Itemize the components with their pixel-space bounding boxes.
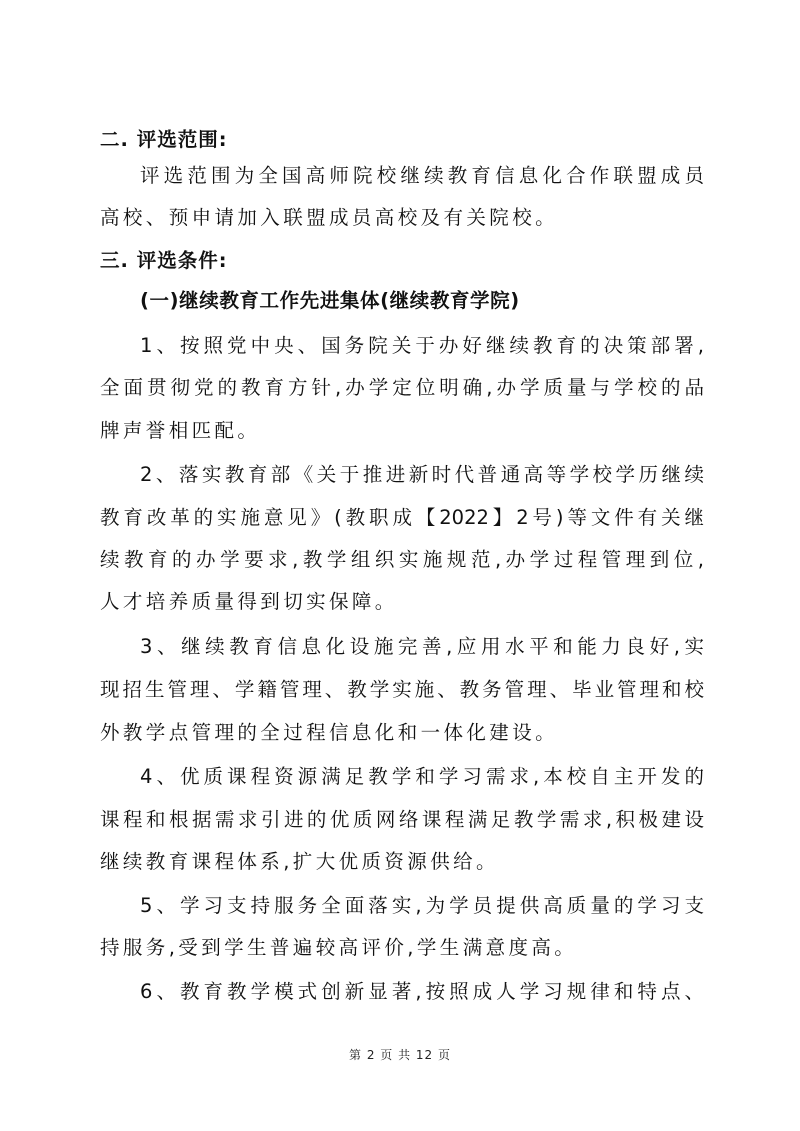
paragraph-line: 6、教育教学模式创新显著,按照成人学习规律和特点、	[140, 979, 704, 1005]
paragraph-line: 2、落实教育部《关于推进新时代普通高等学校学历继续	[140, 462, 704, 488]
paragraph-line: 高校、预申请加入联盟成员高校及有关院校。	[100, 205, 704, 231]
page-footer: 第 2 页 共 12 页	[0, 1046, 800, 1063]
paragraph-line: 现招生管理、学籍管理、教学实施、教务管理、毕业管理和校	[100, 677, 704, 703]
paragraph-line: 4、优质课程资源满足教学和学习需求,本校自主开发的	[140, 764, 704, 790]
paragraph-line: 评选范围为全国高师院校继续教育信息化合作联盟成员	[140, 163, 704, 189]
paragraph-line: 1、按照党中央、国务院关于办好继续教育的决策部署,	[140, 333, 704, 359]
paragraph-line: 继续教育课程体系,扩大优质资源供给。	[100, 849, 704, 875]
paragraph-line: 3、继续教育信息化设施完善,应用水平和能力良好,实	[140, 634, 704, 660]
paragraph-line: 外教学点管理的全过程信息化和一体化建设。	[100, 720, 704, 746]
paragraph-line: 人才培养质量得到切实保障。	[100, 589, 704, 615]
paragraph-line: 续教育的办学要求,教学组织实施规范,办学过程管理到位,	[100, 547, 704, 573]
section-heading: 二. 评选范围:	[100, 127, 704, 153]
section-heading: 三. 评选条件:	[100, 248, 704, 274]
subsection-heading: (一)继续教育工作先进集体(继续教育学院)	[140, 288, 744, 314]
paragraph-line: 牌声誉相匹配。	[100, 418, 704, 444]
paragraph-line: 全面贯彻党的教育方针,办学定位明确,办学质量与学校的品	[100, 375, 704, 401]
paragraph-line: 教育改革的实施意见》(教职成【2022】2号)等文件有关继	[100, 505, 704, 531]
paragraph-line: 持服务,受到学生普遍较高评价,学生满意度高。	[100, 935, 704, 961]
paragraph-line: 5、学习支持服务全面落实,为学员提供高质量的学习支	[140, 893, 704, 919]
paragraph-line: 课程和根据需求引进的优质网络课程满足教学需求,积极建设	[100, 807, 704, 833]
